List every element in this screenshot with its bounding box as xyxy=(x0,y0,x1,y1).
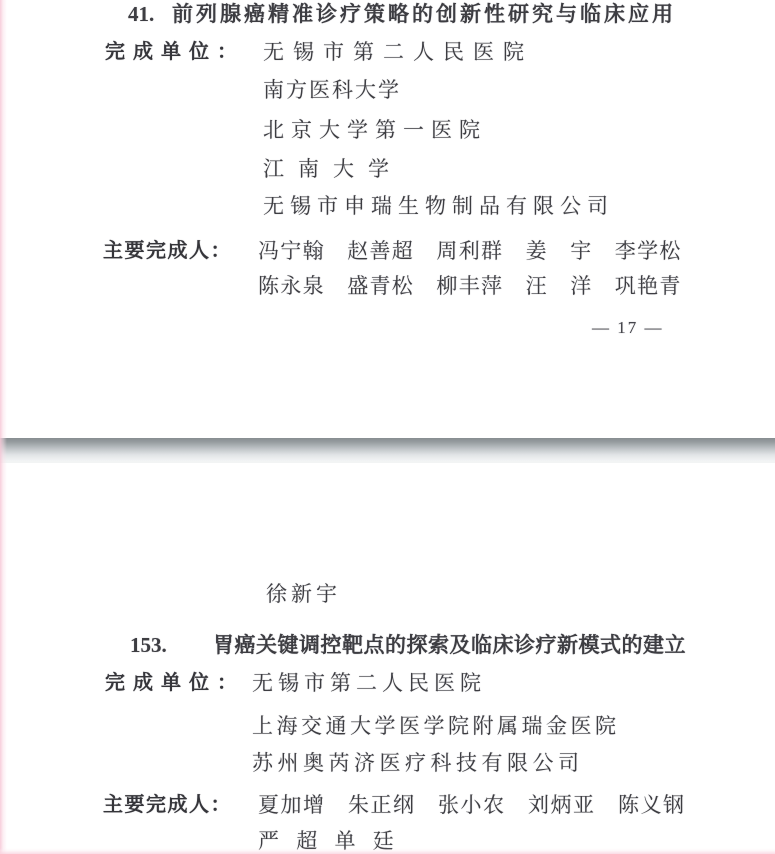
page-number: — 17 — xyxy=(592,315,664,340)
unit-label: 完成单位： xyxy=(105,40,245,65)
authors-line: 严 超 单 廷 xyxy=(258,829,395,854)
institution-item: 南方医科大学 xyxy=(263,78,401,103)
institution-item: 无锡市第二人民医院 xyxy=(252,671,486,696)
institution-item: 上海交通大学医学院附属瑞金医院 xyxy=(252,714,620,739)
institution-item: 苏州奥芮济医疗科技有限公司 xyxy=(252,751,584,776)
authors-line: 陈永泉 盛青松 柳丰萍 汪 洋 巩艳青 xyxy=(258,274,682,299)
entry-title: 前列腺癌精准诊疗策略的创新性研究与临床应用 xyxy=(172,2,676,27)
institution-item: 无锡市第二人民医院 xyxy=(263,40,533,65)
entry-title: 胃癌关键调控靶点的探索及临床诊疗新模式的建立 xyxy=(213,633,686,658)
authors-line: 夏加增 朱正纲 张小农 刘炳亚 陈义钢 xyxy=(258,793,686,818)
scan-page-1: 41. 前列腺癌精准诊疗策略的创新性研究与临床应用 完成单位： 无锡市第二人民医… xyxy=(0,0,775,438)
institution-item: 江南大学 xyxy=(263,157,403,182)
scanned-document: 41. 前列腺癌精准诊疗策略的创新性研究与临床应用 完成单位： 无锡市第二人民医… xyxy=(0,0,775,854)
authors-label: 主要完成人： xyxy=(103,239,232,264)
institution-item: 北京大学第一医院 xyxy=(263,118,487,143)
scan-page-2: 徐新宇 153. 胃癌关键调控靶点的探索及临床诊疗新模式的建立 完成单位： 无锡… xyxy=(0,463,775,854)
entry-number: 153. xyxy=(130,633,167,658)
carryover-author-name: 徐新宇 xyxy=(266,582,341,607)
page-break-shadow xyxy=(0,438,775,463)
entry-number: 41. xyxy=(128,2,154,27)
authors-label: 主要完成人： xyxy=(103,793,232,818)
institution-item: 无锡市申瑞生物制品有限公司 xyxy=(263,194,614,219)
authors-line: 冯宁翰 赵善超 周利群 姜 宇 李学松 xyxy=(258,239,682,264)
unit-label: 完成单位： xyxy=(105,671,245,696)
